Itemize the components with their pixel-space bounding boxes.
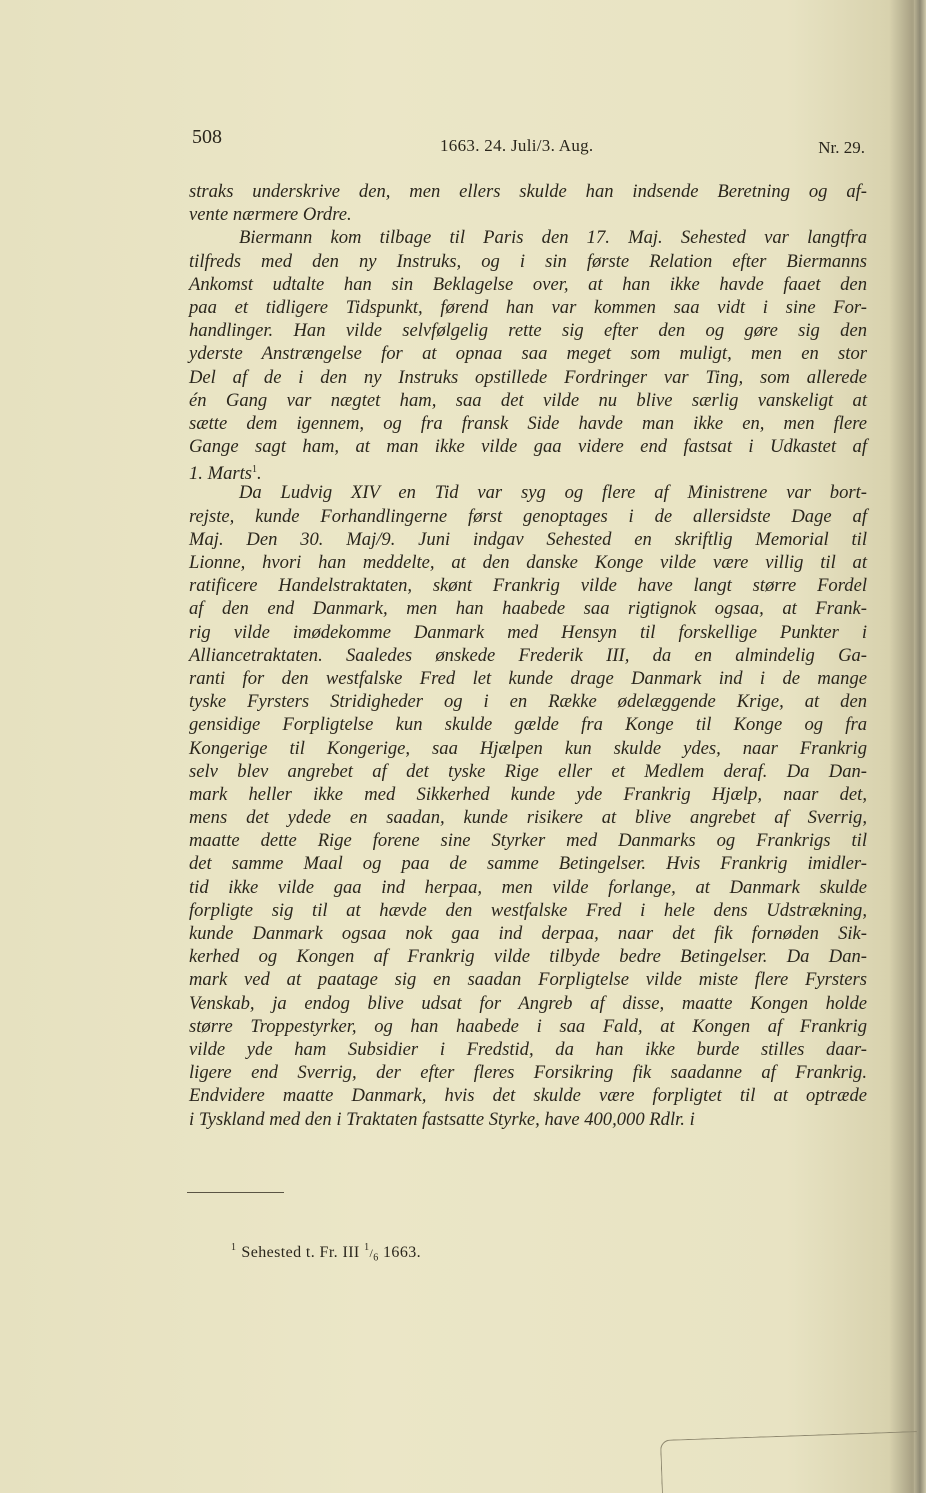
footnote-divider xyxy=(187,1192,284,1193)
text-line: sætte dem igennem, og fra fransk Side ha… xyxy=(189,412,867,435)
text-line: kunde Danmark ogsaa nok gaa ind derpaa, … xyxy=(189,922,867,945)
text-line: Ankomst udtalte han sin Beklagelse over,… xyxy=(189,273,867,296)
text-line: mens det ydede en saadan, kunde risikere… xyxy=(189,806,867,829)
text-line: rejste, kunde Forhandlingerne først geno… xyxy=(189,505,867,528)
footnote-reference: 1 xyxy=(252,464,257,475)
text-line: kerhed og Kongen af Frankrig vilde tilby… xyxy=(189,945,867,968)
text-line: større Troppestyrker, og han haabede i s… xyxy=(189,1015,867,1038)
footnote-fraction: 1/6 xyxy=(364,1246,379,1260)
text-line: maatte dette Rige forene sine Styrker me… xyxy=(189,829,867,852)
page-number: 508 xyxy=(192,126,222,149)
paragraph: Da Ludvig XIV en Tid var syg og flere af… xyxy=(189,481,867,1130)
text-line: én Gang var nægtet ham, saa det vilde nu… xyxy=(189,389,867,412)
text-line: Gange sagt ham, at man ikke vilde gaa vi… xyxy=(189,435,867,458)
footnote-year: 1663. xyxy=(383,1244,421,1261)
text-line: 1. Marts1. xyxy=(189,458,867,481)
text-line: tyske Fyrsters Stridigheder og i en Rækk… xyxy=(189,690,867,713)
text-line: vente nærmere Ordre. xyxy=(189,203,867,226)
text-line: tilfreds med den ny Instruks, og i sin f… xyxy=(189,250,867,273)
text-line: Lionne, hvori han meddelte, at den dansk… xyxy=(189,551,867,574)
paragraph: straks underskrive den, men ellers skuld… xyxy=(189,180,867,226)
book-gutter-shadow xyxy=(914,0,926,1493)
text-line: mark ved at paatage sig en saadan Forpli… xyxy=(189,968,867,991)
text-line: af den end Danmark, men han haabede saa … xyxy=(189,597,867,620)
running-header: 508 1663. 24. Juli/3. Aug. Nr. 29. xyxy=(190,124,865,154)
text-line: gensidige Forpligtelse kun skulde gælde … xyxy=(189,713,867,736)
text-line: Endvidere maatte Danmark, hvis det skuld… xyxy=(189,1084,867,1107)
text-line: forpligte sig til at hævde den westfalsk… xyxy=(189,899,867,922)
text-line: rig vilde imødekomme Danmark med Hensyn … xyxy=(189,621,867,644)
text-line: vilde yde ham Subsidier i Fredstid, da h… xyxy=(189,1038,867,1061)
footnote-mark: 1 xyxy=(231,1242,236,1253)
text-line: Maj. Den 30. Maj/9. Juni indgav Sehested… xyxy=(189,528,867,551)
text-line: straks underskrive den, men ellers skuld… xyxy=(189,180,867,203)
text-line: Del af de i den ny Instruks opstillede F… xyxy=(189,366,867,389)
text-line: handlinger. Han vilde selvfølgelig rette… xyxy=(189,319,867,342)
text-line: Venskab, ja endog blive udsat for Angreb… xyxy=(189,992,867,1015)
text-line: tid ikke vilde gaa ind herpaa, men vilde… xyxy=(189,876,867,899)
text-line: yderste Anstrængelse for at opnaa saa me… xyxy=(189,342,867,365)
text-line: i Tyskland med den i Traktaten fastsatte… xyxy=(189,1108,867,1131)
text-line: paa et tidligere Tidspunkt, førend han v… xyxy=(189,296,867,319)
paragraph: Biermann kom tilbage til Paris den 17. M… xyxy=(189,226,867,481)
scan-edge-artifact xyxy=(660,1431,919,1493)
text-line: mark heller ikke med Sikkerhed kunde yde… xyxy=(189,783,867,806)
text-line: Biermann kom tilbage til Paris den 17. M… xyxy=(189,226,867,249)
text-line: ratificere Handelstraktaten, skønt Frank… xyxy=(189,574,867,597)
text-line: Da Ludvig XIV en Tid var syg og flere af… xyxy=(189,481,867,504)
footnote: 1Sehested t. Fr. III 1/6 1663. xyxy=(231,1242,421,1263)
text-line: selv blev angrebet af det tyske Rige ell… xyxy=(189,760,867,783)
document-number: Nr. 29. xyxy=(818,138,865,158)
text-line: ranti for den westfalske Fred let kunde … xyxy=(189,667,867,690)
text-line: Alliancetraktaten. Saaledes ønskede Fred… xyxy=(189,644,867,667)
text-line: ligere end Sverrig, der efter fleres For… xyxy=(189,1061,867,1084)
text-line: Kongerige til Kongerige, saa Hjælpen kun… xyxy=(189,737,867,760)
body-text: straks underskrive den, men ellers skuld… xyxy=(189,180,867,1131)
text-line: det samme Maal og paa de samme Betingels… xyxy=(189,852,867,875)
footnote-text: Sehested t. Fr. III xyxy=(241,1244,359,1261)
header-date: 1663. 24. Juli/3. Aug. xyxy=(440,136,593,156)
